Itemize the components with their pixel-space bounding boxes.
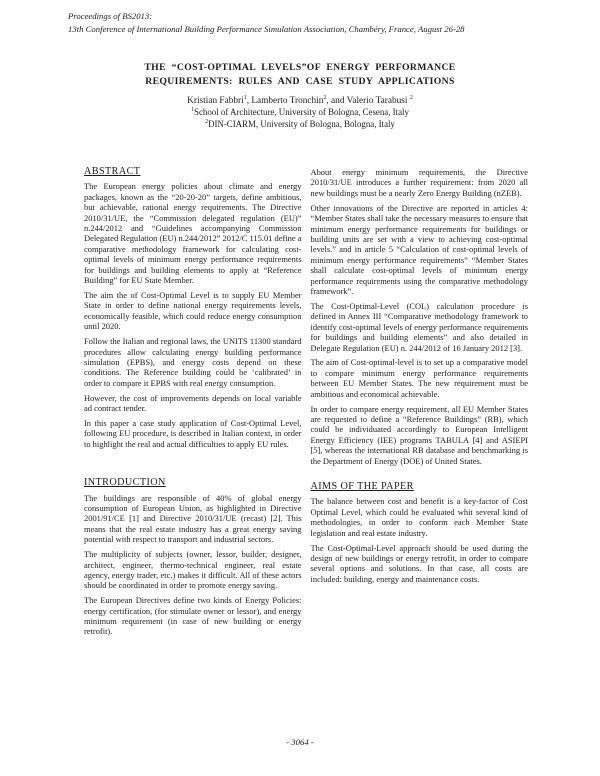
- paragraph: The European energy policies about clima…: [84, 181, 302, 285]
- section-heading-abstract: ABSTRACT: [84, 167, 302, 177]
- paragraph: The aim of Cost-optimal-level is to set …: [311, 357, 529, 399]
- paragraph: The buildings are responsible of 40% of …: [84, 493, 302, 545]
- author-name: , and Valerio Tarabusi: [326, 96, 409, 106]
- author-name: , Lamberto Tronchin: [247, 96, 324, 106]
- paragraph: The aim the of Cost-Optimal Level is to …: [84, 290, 302, 332]
- paper-title: THE “COST-OPTIMAL LEVELS”OF ENERGY PERFO…: [0, 61, 600, 88]
- paper-title-line2: REQUIREMENTS: RULES AND CASE STUDY APPLI…: [145, 76, 454, 87]
- affiliation-text: DIN-CIARM, University of Bologna, Bologn…: [208, 119, 395, 129]
- paragraph: Follow the Italian and regional laws, th…: [84, 336, 302, 388]
- affiliation-2: 2DIN-CIARM, University of Bologna, Bolog…: [0, 119, 600, 131]
- paragraph: Other innovations of the Directive are r…: [311, 203, 529, 297]
- affiliation-1: 1School of Architecture, University of B…: [0, 107, 600, 119]
- title-block: THE “COST-OPTIMAL LEVELS”OF ENERGY PERFO…: [0, 61, 600, 131]
- paragraph: The multiplicity of subjects (owner, les…: [84, 549, 302, 591]
- header-line2: 13th Conference of International Buildin…: [68, 23, 465, 36]
- right-column: About energy minimum requirements, the D…: [311, 167, 529, 641]
- paragraph: The balance between cost and benefit is …: [311, 496, 529, 538]
- paper-page: Proceedings of BS2013: 13th Conference o…: [0, 0, 600, 776]
- two-column-body: ABSTRACT The European energy policies ab…: [84, 167, 528, 641]
- paragraph: About energy minimum requirements, the D…: [311, 167, 529, 198]
- paragraph: The European Directives define two kinds…: [84, 595, 302, 637]
- paragraph: The Cost-Optimal-Level approach should b…: [311, 543, 529, 585]
- paragraph: In order to compare energy requirement, …: [311, 404, 529, 466]
- paragraph: The Cost-Optimal-Level (COL) calculation…: [311, 301, 529, 353]
- affiliation-text: School of Architecture, University of Bo…: [194, 107, 409, 117]
- author-line: Kristian Fabbri1, Lamberto Tronchin2, an…: [0, 95, 600, 107]
- author-affiliation-mark: 2: [410, 95, 413, 101]
- running-header: Proceedings of BS2013: 13th Conference o…: [68, 10, 465, 36]
- left-column: ABSTRACT The European energy policies ab…: [84, 167, 302, 641]
- page-number: - 3064 -: [0, 737, 600, 747]
- section-heading-aims: AIMS OF THE PAPER: [311, 482, 529, 492]
- paper-title-line1: THE “COST-OPTIMAL LEVELS”OF ENERGY PERFO…: [144, 62, 455, 73]
- header-line1: Proceedings of BS2013:: [68, 10, 465, 23]
- section-heading-introduction: INTRODUCTION: [84, 478, 302, 488]
- paragraph: In this paper a case study application o…: [84, 418, 302, 449]
- paragraph: However, the cost of improvements depend…: [84, 393, 302, 414]
- author-name: Kristian Fabbri: [187, 96, 244, 106]
